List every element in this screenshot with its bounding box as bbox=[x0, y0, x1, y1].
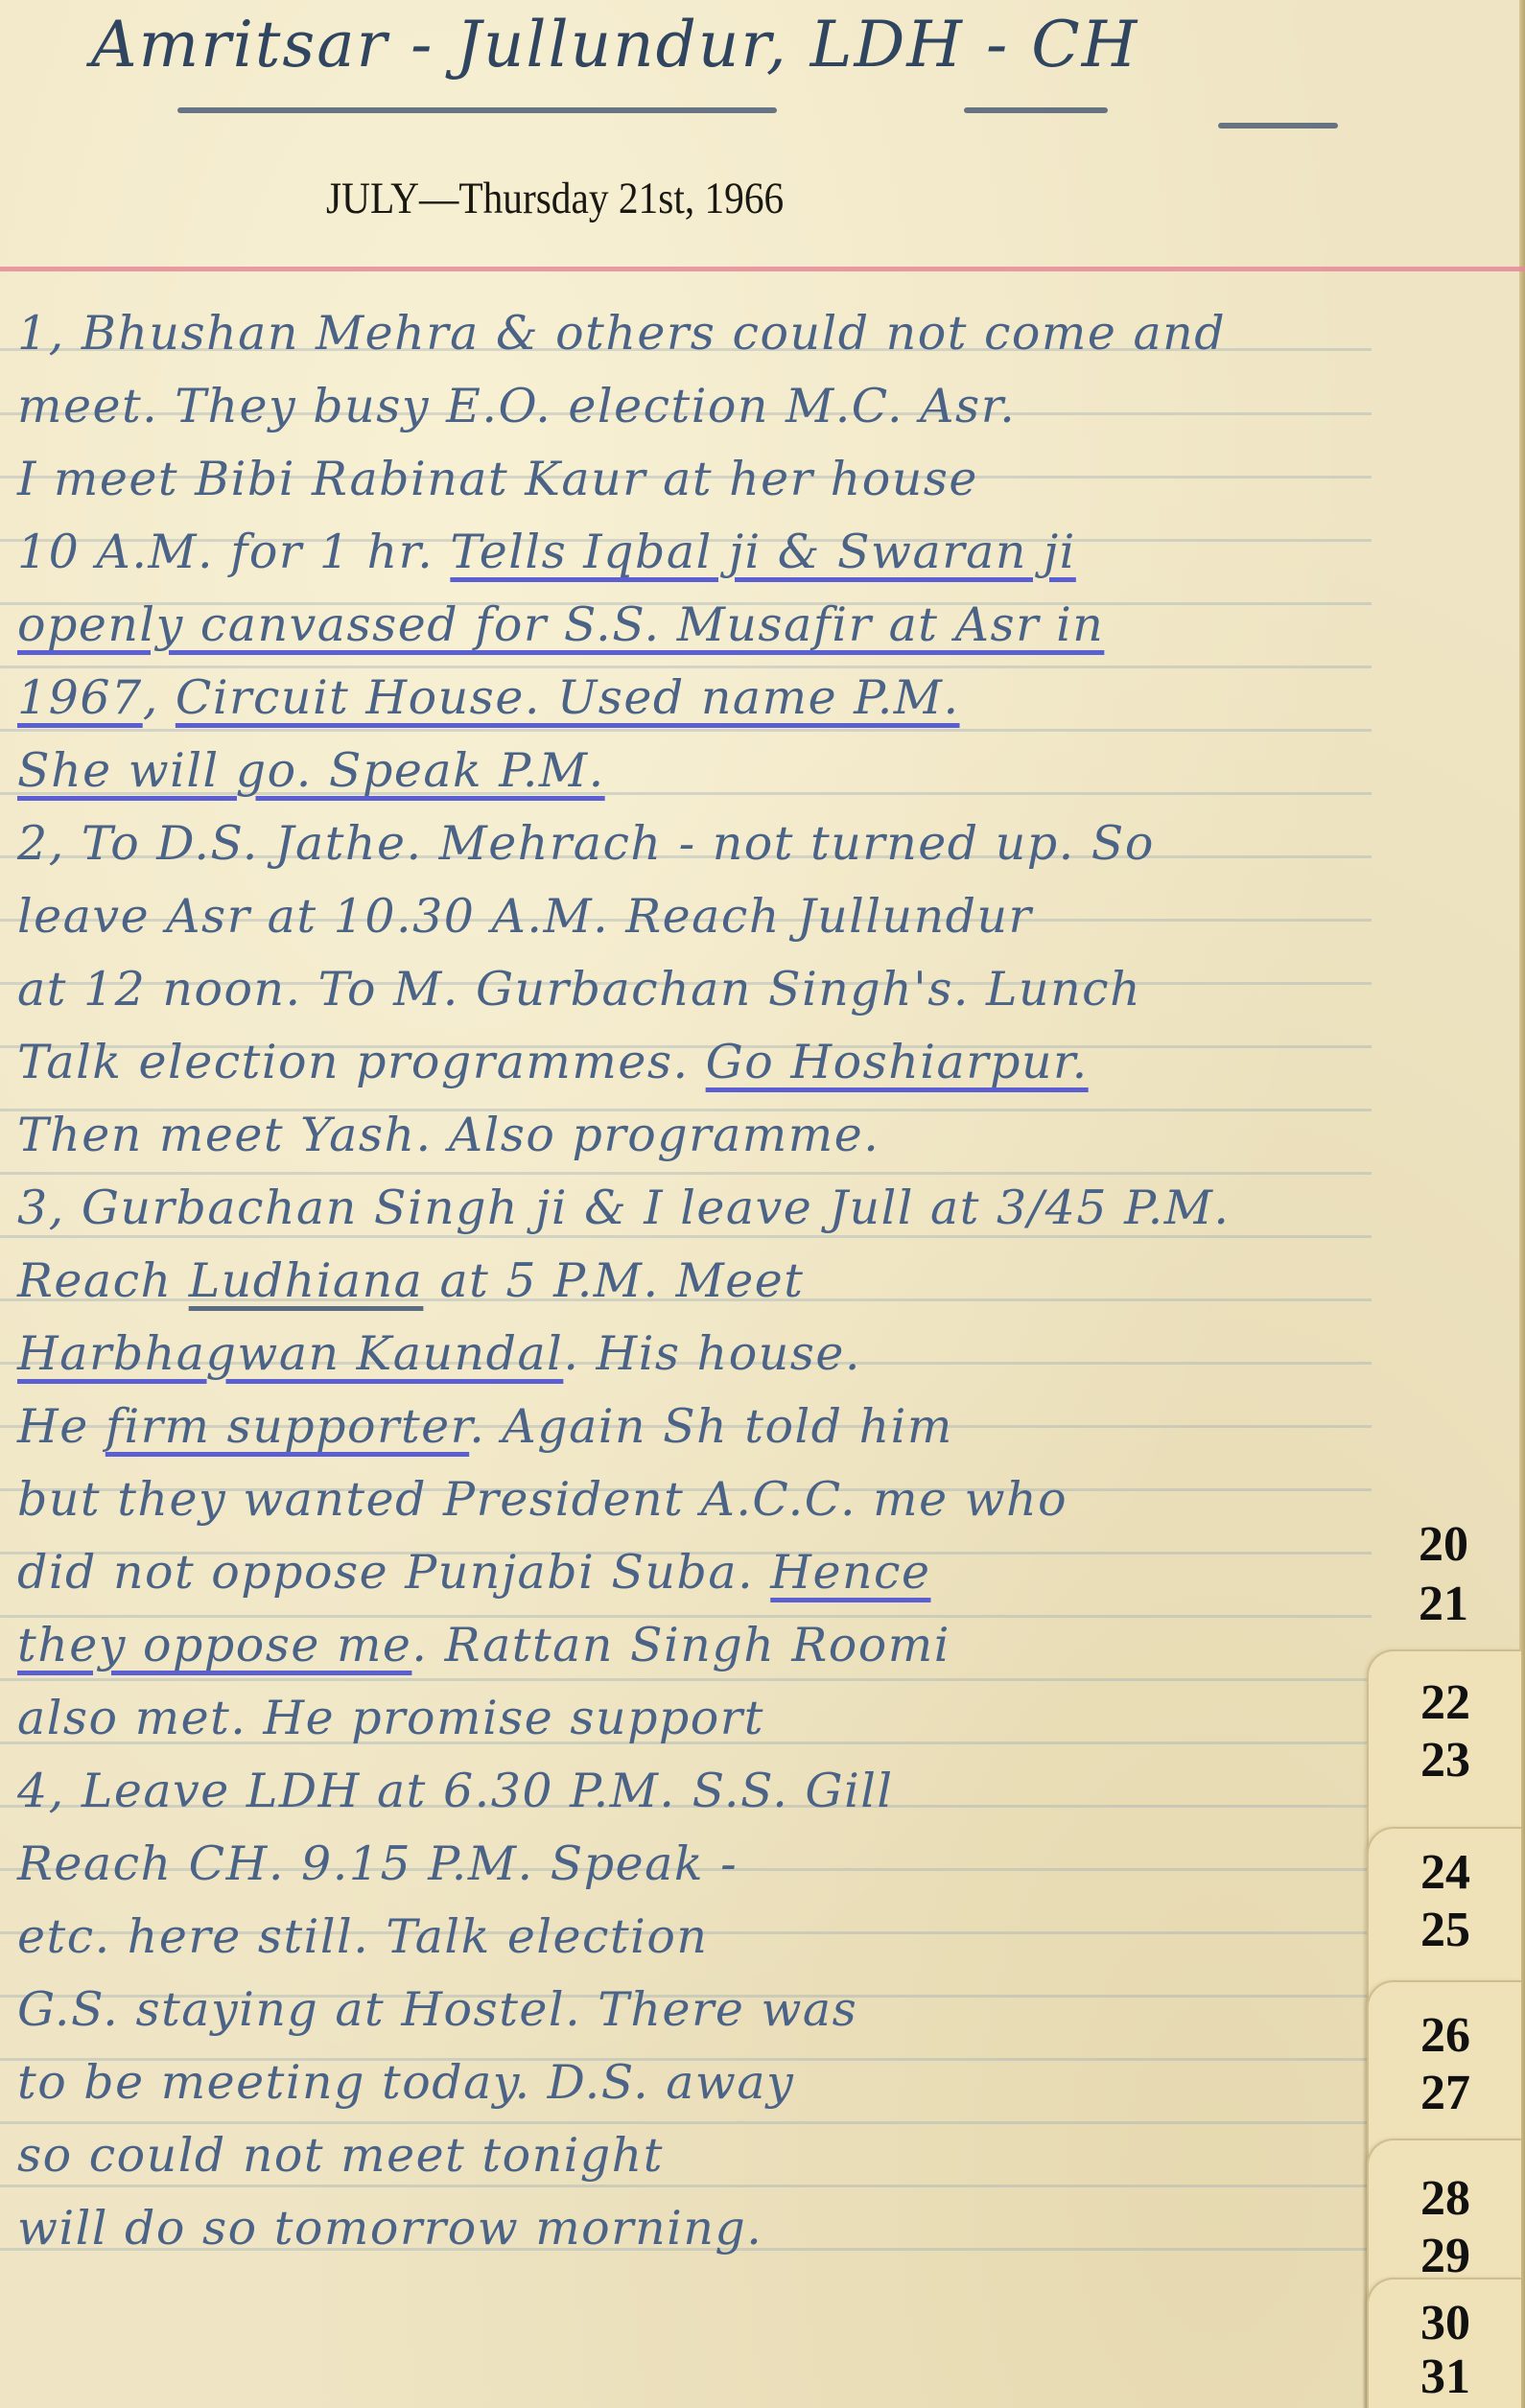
entry-line-5: openly canvassed for S.S. Musafir at Asr… bbox=[17, 589, 1379, 662]
tab-number: 31 bbox=[1388, 2352, 1503, 2402]
underlined-text: firm supporter bbox=[106, 1399, 469, 1454]
tab-number: 30 bbox=[1388, 2299, 1503, 2349]
entry-line-27: will do so tomorrow morning. bbox=[17, 2192, 1379, 2265]
tab-number: 26 bbox=[1388, 2011, 1503, 2061]
tab-number: 21 bbox=[1386, 1579, 1501, 1629]
entry-line-7: She will go. Speak P.M. bbox=[17, 735, 1379, 807]
title-underline bbox=[1218, 123, 1338, 129]
underlined-text: She will go. Speak P.M. bbox=[17, 743, 605, 798]
entry-line-14: Reach Ludhiana at 5 P.M. Meet bbox=[17, 1245, 1379, 1318]
entry-line-18: did not oppose Punjabi Suba. Hence bbox=[17, 1536, 1379, 1609]
tab-number: 28 bbox=[1388, 2174, 1503, 2224]
entry-line-2: meet. They busy E.O. election M.C. Asr. bbox=[17, 370, 1379, 443]
entry-line-4: 10 A.M. for 1 hr. Tells Iqbal ji & Swara… bbox=[17, 516, 1379, 589]
tab-number: 20 bbox=[1386, 1520, 1501, 1570]
underlined-text: 1967 bbox=[17, 670, 143, 725]
entry-line-13: 3, Gurbachan Singh ji & I leave Jull at … bbox=[17, 1172, 1379, 1245]
entry-line-8: 2, To D.S. Jathe. Mehrach - not turned u… bbox=[17, 807, 1379, 880]
diary-entry: 1, Bhushan Mehra & others could not come… bbox=[17, 297, 1379, 2265]
entry-line-3: I meet Bibi Rabinat Kaur at her house bbox=[17, 443, 1379, 516]
handwritten-title: Amritsar - Jullundur, LDH - CH bbox=[91, 8, 1434, 113]
tab-number: 24 bbox=[1388, 1848, 1503, 1898]
entry-line-19: they oppose me. Rattan Singh Roomi bbox=[17, 1609, 1379, 1682]
entry-line-20: also met. He promise support bbox=[17, 1682, 1379, 1755]
red-header-rule bbox=[0, 267, 1525, 271]
entry-line-9: leave Asr at 10.30 A.M. Reach Jullundur bbox=[17, 880, 1379, 953]
underlined-text: Tells Iqbal ji & Swaran ji bbox=[450, 525, 1075, 579]
underlined-text: Hence bbox=[770, 1545, 930, 1600]
underlined-text: Ludhiana bbox=[189, 1253, 424, 1308]
printed-date: JULY—Thursday 21st, 1966 bbox=[326, 173, 784, 224]
entry-line-25: to be meeting today. D.S. away bbox=[17, 2046, 1379, 2119]
entry-line-11: Talk election programmes. Go Hoshiarpur. bbox=[17, 1026, 1379, 1099]
underlined-text: Harbhagwan Kaundal bbox=[17, 1326, 563, 1381]
entry-line-26: so could not meet tonight bbox=[17, 2119, 1379, 2192]
entry-line-6: 1967, Circuit House. Used name P.M. bbox=[17, 662, 1379, 735]
tab-number: 29 bbox=[1388, 2232, 1503, 2281]
entry-line-10: at 12 noon. To M. Gurbachan Singh's. Lun… bbox=[17, 953, 1379, 1026]
entry-line-15: Harbhagwan Kaundal. His house. bbox=[17, 1318, 1379, 1391]
index-tab-30-31[interactable]: 30 31 bbox=[1367, 2278, 1521, 2408]
entry-line-1: 1, Bhushan Mehra & others could not come… bbox=[17, 297, 1379, 370]
tab-number: 23 bbox=[1388, 1736, 1503, 1786]
underlined-text: Circuit House. Used name P.M. bbox=[176, 670, 960, 725]
entry-line-16: He firm supporter. Again Sh told him bbox=[17, 1391, 1379, 1463]
entry-line-24: G.S. staying at Hostel. There was bbox=[17, 1974, 1379, 2046]
underlined-text: Go Hoshiarpur. bbox=[706, 1035, 1089, 1089]
entry-line-21: 4, Leave LDH at 6.30 P.M. S.S. Gill bbox=[17, 1755, 1379, 1828]
tab-number: 25 bbox=[1388, 1905, 1503, 1955]
title-underline bbox=[177, 107, 777, 113]
entry-line-12: Then meet Yash. Also programme. bbox=[17, 1099, 1379, 1172]
tab-number: 22 bbox=[1388, 1678, 1503, 1728]
entry-line-23: etc. here still. Talk election bbox=[17, 1901, 1379, 1974]
underlined-text: they oppose me bbox=[17, 1618, 411, 1672]
entry-line-17: but they wanted President A.C.C. me who bbox=[17, 1463, 1379, 1536]
underlined-text: openly canvassed for S.S. Musafir at Asr… bbox=[17, 597, 1104, 652]
tab-number: 27 bbox=[1388, 2069, 1503, 2118]
entry-line-22: Reach CH. 9.15 P.M. Speak - bbox=[17, 1828, 1379, 1901]
diary-page: Amritsar - Jullundur, LDH - CH JULY—Thur… bbox=[0, 0, 1525, 2408]
thumb-index: 20 21 22 23 24 25 26 27 28 29 30 31 bbox=[1367, 1482, 1519, 2408]
title-underline bbox=[964, 107, 1108, 113]
